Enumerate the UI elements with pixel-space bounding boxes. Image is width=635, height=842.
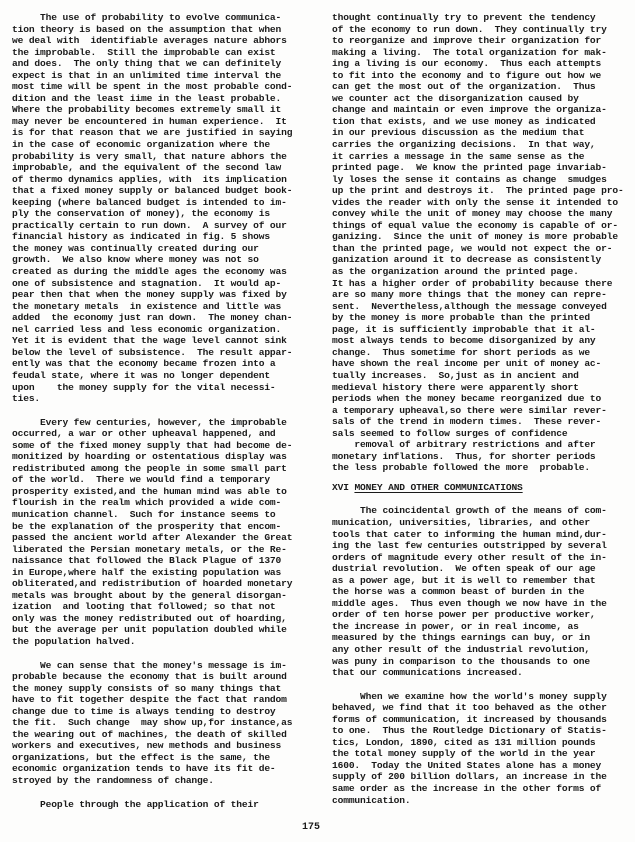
text-line: organizations, but the effect is the sam… [12,752,308,764]
text-line: orders of magnitude every other result o… [332,552,628,564]
text-line: any other result of the industrial revol… [332,644,628,656]
text-line: only was the money redistributed out of … [12,613,308,625]
text-line: order of ten horse power per productive … [332,609,628,621]
text-line: to one. Thus the Routledge Dictionary of… [332,725,628,737]
text-line: some of the fixed money supply that had … [12,440,308,452]
text-line: that our communications increased. [332,667,628,679]
text-line: obliterated,and redistribution of hoarde… [12,578,308,590]
text-line: monetary inflations. Thus, for shorter p… [332,451,628,463]
text-line: stroyed by the randomness of change. [12,775,308,787]
text-line: munication channel. Such for instance se… [12,509,308,521]
paragraph-gap [12,648,308,660]
text-line: supply of 200 billion dollars, an increa… [332,771,628,783]
text-line: prosperity existed,and the human mind wa… [12,486,308,498]
heading-gap [332,474,628,482]
text-line: have shown the real income per unit of m… [332,358,628,370]
paragraph: People through the application of their [12,799,308,811]
paragraph: The use of probability to evolve communi… [12,12,308,405]
text-line: making a living. The total organization … [332,47,628,59]
text-line: tools that cater to informing the human … [332,529,628,541]
text-line: keeping (where balanced budget is intend… [12,197,308,209]
text-line: can get the most out of the organization… [332,81,628,93]
text-line: the total money supply of the world in t… [332,748,628,760]
text-line: communication. [332,795,628,807]
text-line: removal of arbitrary restrictions and af… [332,439,628,451]
text-line: was puny in comparison to the thousands … [332,656,628,668]
text-line: practically certain to run down. A surve… [12,220,308,232]
text-line: economic organization tends to have its … [12,763,308,775]
paragraph-gap [12,787,308,799]
text-line: the population halved. [12,636,308,648]
text-line: dition and the least iime in the least p… [12,93,308,105]
text-line: ing the last few centuries outstripped b… [332,540,628,552]
text-line: one of subsistence and stagnation. It wo… [12,278,308,290]
text-line: upon the money supply for the vital nece… [12,382,308,394]
paragraph: Every few centuries, however, the improb… [12,417,308,648]
text-line: People through the application of their [12,799,308,811]
page-number: 175 [302,822,320,833]
text-line: forms of communication, it increased by … [332,714,628,726]
text-line: and does. The only thing that we can def… [12,58,308,70]
text-line: passed the ancient world after Alexander… [12,532,308,544]
text-line: periods when the money became reorganize… [332,393,628,405]
paragraph: The coincidental growth of the means of … [332,505,628,678]
text-line: probable because the economy that is bui… [12,671,308,683]
text-line: be the explanation of the prosperity tha… [12,521,308,533]
text-line: to fit into the economy and to figure ou… [332,70,628,82]
text-line: expect is that in an unlimited time inte… [12,70,308,82]
section-heading: XVI MONEY AND OTHER COMMUNICATIONS [332,482,628,494]
text-line: occurred, a war or other upheaval happen… [12,428,308,440]
text-line: nel carried less and less economic organ… [12,324,308,336]
text-line: the money supply consists of so many thi… [12,683,308,695]
text-line: ently was that the economy became frozen… [12,358,308,370]
text-line: in our previous discussion as the medium… [332,127,628,139]
section-number: XVI [332,482,349,493]
text-line: tually increases. So,just as in ancient … [332,370,628,382]
text-line: a temporary upheaval,so there were simil… [332,405,628,417]
text-line: It has a higher order of probability bec… [332,278,628,290]
text-line: the fit. Such change may show up,for ins… [12,717,308,729]
text-line: workers and executives, new methods and … [12,740,308,752]
text-line: tion that exists, and we use money as in… [332,116,628,128]
document-page: The use of probability to evolve communi… [0,0,635,842]
text-line: middle ages. Thus even though we now hav… [332,598,628,610]
right-column: thought continually try to prevent the t… [332,12,628,806]
text-line: created as during the middle ages the ec… [12,266,308,278]
text-line: ganization around it to decrease as cons… [332,254,628,266]
text-line: liberated the Persian monetary metals, o… [12,544,308,556]
text-line: probability is very small, that nature a… [12,151,308,163]
text-line: below the level of subsistence. The resu… [12,347,308,359]
text-line: financial history as indicated in fig. 5… [12,231,308,243]
text-line: we counter act the disorganization cause… [332,93,628,105]
text-line: same order as the increase in the other … [332,783,628,795]
text-line: convey while the unit of money may choos… [332,208,628,220]
left-column: The use of probability to evolve communi… [12,12,308,810]
text-line: most always tends to become disorganized… [332,335,628,347]
text-line: sals of the trend in modern times. These… [332,416,628,428]
text-line: redistributed among the people in some s… [12,463,308,475]
paragraph-gap [12,405,308,417]
paragraph: thought continually try to prevent the t… [332,12,628,474]
text-line: in Europe,where half the existing popula… [12,567,308,579]
text-line: The coincidental growth of the means of … [332,505,628,517]
text-line: When we examine how the world's money su… [332,691,628,703]
text-line: naissance that followed the Black Plague… [12,555,308,567]
text-line: ing a living is our economy. Thus each a… [332,58,628,70]
paragraph: We can sense that the money's message is… [12,660,308,787]
text-line: Where the probability becomes extremely … [12,104,308,116]
text-line: the money was continually created during… [12,243,308,255]
text-line: as a power age, but it is well to rememb… [332,575,628,587]
text-line: of the world. There we would find a temp… [12,474,308,486]
text-line: than the printed page, we would not expe… [332,243,628,255]
text-line: Yet it is evident that the wage level ca… [12,335,308,347]
text-line: we deal with identifiable averages natur… [12,35,308,47]
text-line: metals was brought about by the general … [12,590,308,602]
text-line: dustrial revolution. We often speak of o… [332,563,628,575]
text-line: change. Thus sometime for short periods … [332,347,628,359]
text-line: the wearing out of machines, the death o… [12,729,308,741]
text-line: monitized by hoarding or ostentatious di… [12,451,308,463]
text-line: most time will be spent in the most prob… [12,81,308,93]
text-line: feudal state, where it was no longer dep… [12,370,308,382]
text-line: up the print and destroys it. The printe… [332,185,628,197]
text-line: vides the reader with only the sense it … [332,197,628,209]
text-line: the horse was a common beast of burden i… [332,586,628,598]
text-line: have to fit together despite the fact th… [12,694,308,706]
text-line: ply the conservation of money), the econ… [12,208,308,220]
text-line: ly loses the sense it contains as change… [332,174,628,186]
text-line: thought continually try to prevent the t… [332,12,628,24]
text-line: medieval history there were apparently s… [332,382,628,394]
section-title: MONEY AND OTHER COMMUNICATIONS [354,482,522,493]
text-line: ization and looting that followed; so th… [12,601,308,613]
text-line: change due to time is always tending to … [12,706,308,718]
text-line: printed page. We know the printed page i… [332,162,628,174]
text-line: may never be encountered in human experi… [12,116,308,128]
text-line: Every few centuries, however, the improb… [12,417,308,429]
text-line: the increase in power, or in real income… [332,621,628,633]
text-line: the monetary metals in existence and lit… [12,301,308,313]
text-line: of thermo dynamics applies, with its imp… [12,174,308,186]
text-line: improbable, and the equivalent of the se… [12,162,308,174]
text-line: ganizing. Since the unit of money is mor… [332,231,628,243]
text-line: the less probable followed the more prob… [332,462,628,474]
text-line: We can sense that the money's message is… [12,660,308,672]
text-line: sals seemed to follow surges of confiden… [332,428,628,440]
text-line: measured by the things earnings can buy,… [332,632,628,644]
text-line: by the money is more probable than the p… [332,312,628,324]
text-line: things of equal value the economy is cap… [332,220,628,232]
text-line: in the case of economic organization whe… [12,139,308,151]
text-line: munication, universities, libraries, and… [332,517,628,529]
text-line: the improbable. Still the improbable can… [12,47,308,59]
text-line: pear then that when the money supply was… [12,289,308,301]
text-line: that a fixed money supply or balanced bu… [12,185,308,197]
text-line: it carries a message in the same sense a… [332,151,628,163]
text-line: change and maintain or even improve the … [332,104,628,116]
text-line: to reorganize and improve their organiza… [332,35,628,47]
text-line: is for that reason that we are justified… [12,127,308,139]
text-line: are so many more things that the money c… [332,289,628,301]
text-line: as the organization around the printed p… [332,266,628,278]
text-line: flourish in the realm which provided a w… [12,497,308,509]
text-line: tics, London, 1890, cited as 131 million… [332,737,628,749]
text-line: added the economy just ran down. The mon… [12,312,308,324]
text-line: of the economy to run down. They continu… [332,24,628,36]
text-line: growth. We also know where money was not… [12,254,308,266]
text-line: but the average per unit population doub… [12,624,308,636]
text-line: The use of probability to evolve communi… [12,12,308,24]
text-line: ties. [12,393,308,405]
text-line: sent. Nevertheless,although the message … [332,301,628,313]
text-line: page, it is sufficiently improbable that… [332,324,628,336]
paragraph-gap [332,679,628,691]
heading-gap [332,493,628,505]
text-line: behaved, we find that it too behaved as … [332,702,628,714]
text-line: carries the organizing decisions. In tha… [332,139,628,151]
text-line: tion theory is based on the assumption t… [12,24,308,36]
text-line: 1600. Today the United States alone has … [332,760,628,772]
paragraph: When we examine how the world's money su… [332,691,628,806]
